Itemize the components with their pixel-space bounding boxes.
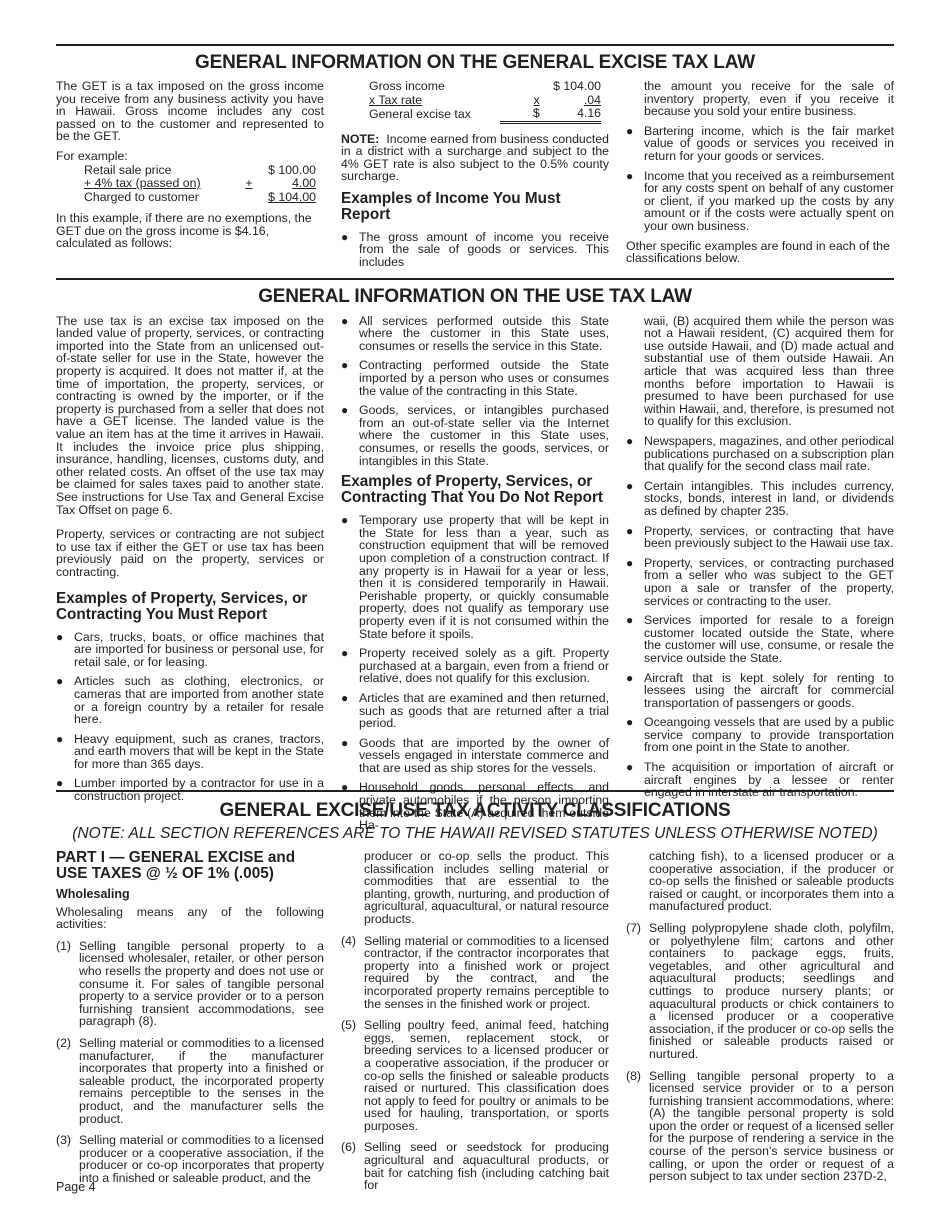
list-item-continuation: the amount you receive for the sale of i… [626,80,894,118]
list-item-continuation: catching fish), to a licensed producer o… [626,850,894,913]
bullet-icon: ● [341,359,348,372]
bullet-icon: ● [626,170,633,183]
class-column-2: producer or co-op sells the product. Thi… [341,850,609,1201]
calc-table: Gross income $ 104.00 x Tax rate x .04 G… [369,80,601,124]
list-item: ●All services performed outside this Sta… [341,315,609,353]
list-item: ●Aircraft that is kept solely for rentin… [626,672,894,710]
list-item: ●Articles such as clothing, electronics,… [56,675,324,725]
list-item: (3)Selling material or commodities to a … [56,1134,324,1184]
list-item: ●Contracting performed outside the State… [341,359,609,397]
example-row: + 4% tax (passed on) + 4.00 [84,177,316,191]
list-item: ●The gross amount of income you receive … [341,231,609,269]
list-item: ●Property, services, or contracting purc… [626,557,894,607]
list-item: ●Articles that are examined and then ret… [341,692,609,730]
use-para-1: The use tax is an excise tax imposed on … [56,315,324,517]
bullet-icon: ● [626,761,633,774]
section-divider [56,44,894,46]
bullet-icon: ● [341,737,348,750]
page-number: Page 4 [56,1180,96,1194]
classifications-section: GENERAL EXCISE/USE TAX ACTIVITY CLASSIFI… [56,790,894,1201]
bullet-icon: ● [56,631,63,644]
bullet-icon: ● [626,557,633,570]
document-page: GENERAL INFORMATION ON THE GENERAL EXCIS… [56,44,894,839]
list-item: (6)Selling seed or seedstock for produci… [341,1141,609,1191]
calc-intro: In this example, if there are no exempti… [56,212,324,250]
list-item: ●Bartering income, which is the fair mar… [626,125,894,163]
bullet-icon: ● [626,125,633,138]
list-item: (1)Selling tangible personal property to… [56,940,324,1028]
example-table: Retail sale price $ 100.00 + 4% tax (pas… [84,164,316,205]
list-item: ●Oceangoing vessels that are used by a p… [626,716,894,754]
get-closing: Other specific examples are found in eac… [626,240,894,265]
list-item: ●Goods that are imported by the owner of… [341,737,609,775]
list-item: ●Temporary use property that will be kep… [341,514,609,640]
bullet-icon: ● [626,716,633,729]
bullet-icon: ● [341,315,348,328]
example-row: Retail sale price $ 100.00 [84,164,316,178]
list-item: (4)Selling material or commodities to a … [341,935,609,1011]
list-item-continuation: waii, (B) acquired them while the person… [626,315,894,428]
bullet-icon: ● [341,231,348,244]
bullet-icon: ● [341,514,348,527]
section-divider [56,278,894,280]
list-item: ●Newspapers, magazines, and other period… [626,435,894,473]
calc-row: Gross income $ 104.00 [369,80,601,94]
bullet-icon: ● [626,435,633,448]
wholesaling-heading: Wholesaling [56,888,324,901]
get-intro: The GET is a tax imposed on the gross in… [56,80,324,143]
list-item: ●Income that you received as a reimburse… [626,170,894,233]
examples-income-list-cont: ●Bartering income, which is the fair mar… [626,125,894,233]
bullet-icon: ● [56,675,63,688]
calc-row: x Tax rate x .04 [369,94,601,108]
must-report-list-cont: ●All services performed outside this Sta… [341,315,609,468]
bullet-icon: ● [56,733,63,746]
bullet-icon: ● [626,614,633,627]
list-item: (8)Selling tangible personal property to… [626,1070,894,1183]
note-paragraph: NOTE: Income earned from business conduc… [341,133,609,183]
do-not-report-list: ●Temporary use property that will be kep… [341,514,609,832]
use-section-title: GENERAL INFORMATION ON THE USE TAX LAW [56,286,894,308]
section-divider [56,790,894,792]
for-example-label: For example: [56,150,324,163]
bullet-icon: ● [56,777,63,790]
get-column-3: the amount you receive for the sale of i… [626,80,894,276]
wholesaling-list-cont: (4)Selling material or commodities to a … [341,935,609,1192]
classifications-subtitle: (NOTE: ALL SECTION REFERENCES ARE TO THE… [56,824,894,843]
use-column-3: waii, (B) acquired them while the person… [626,315,894,839]
class-column-1: PART I — GENERAL EXCISE and USE TAXES @ … [56,850,324,1201]
bullet-icon: ● [626,672,633,685]
part-heading: PART I — GENERAL EXCISE and USE TAXES @ … [56,850,324,882]
get-column-1: The GET is a tax imposed on the gross in… [56,80,324,276]
calc-row: General excise tax $ 4.16 [369,107,601,122]
get-section-title: GENERAL INFORMATION ON THE GENERAL EXCIS… [56,52,894,74]
list-item: ●Certain intangibles. This includes curr… [626,480,894,518]
bullet-icon: ● [341,647,348,660]
list-item: ●Services imported for resale to a forei… [626,614,894,664]
use-para-2: Property, services or contracting are no… [56,528,324,578]
list-item: (5)Selling poultry feed, animal feed, ha… [341,1019,609,1132]
must-report-heading: Examples of Property, Services, or Contr… [56,591,324,623]
do-not-report-list-cont: ●Newspapers, magazines, and other period… [626,435,894,799]
wholesaling-list: (1)Selling tangible personal property to… [56,940,324,1185]
wholesaling-list-cont: (7)Selling polypropylene shade cloth, po… [626,922,894,1183]
get-column-2: Gross income $ 104.00 x Tax rate x .04 G… [341,80,609,276]
use-column-2: ●All services performed outside this Sta… [341,315,609,839]
bullet-icon: ● [626,480,633,493]
list-item: ●Goods, services, or intangibles purchas… [341,404,609,467]
use-section-columns: The use tax is an excise tax imposed on … [56,315,894,839]
example-row: Charged to customer $ 104.00 [84,191,316,205]
bullet-icon: ● [626,525,633,538]
use-column-1: The use tax is an excise tax imposed on … [56,315,324,839]
do-not-report-heading: Examples of Property, Services, or Contr… [341,474,609,506]
get-section-columns: The GET is a tax imposed on the gross in… [56,80,894,276]
list-item: ●Property received solely as a gift. Pro… [341,647,609,685]
list-item-continuation: producer or co-op sells the product. Thi… [341,850,609,926]
classifications-columns: PART I — GENERAL EXCISE and USE TAXES @ … [56,850,894,1201]
bullet-icon: ● [341,692,348,705]
list-item: ●Property, services, or contracting that… [626,525,894,550]
list-item: ●Heavy equipment, such as cranes, tracto… [56,733,324,771]
list-item: ●Cars, trucks, boats, or office machines… [56,631,324,669]
wholesaling-intro: Wholesaling means any of the following a… [56,906,324,931]
must-report-list: ●Cars, trucks, boats, or office machines… [56,631,324,803]
examples-income-heading: Examples of Income You Must Report [341,191,609,223]
list-item: (7)Selling polypropylene shade cloth, po… [626,922,894,1061]
class-column-3: catching fish), to a licensed producer o… [626,850,894,1201]
list-item: (2)Selling material or commodities to a … [56,1037,324,1125]
examples-income-list: ●The gross amount of income you receive … [341,231,609,269]
classifications-title: GENERAL EXCISE/USE TAX ACTIVITY CLASSIFI… [56,800,894,822]
bullet-icon: ● [341,404,348,417]
